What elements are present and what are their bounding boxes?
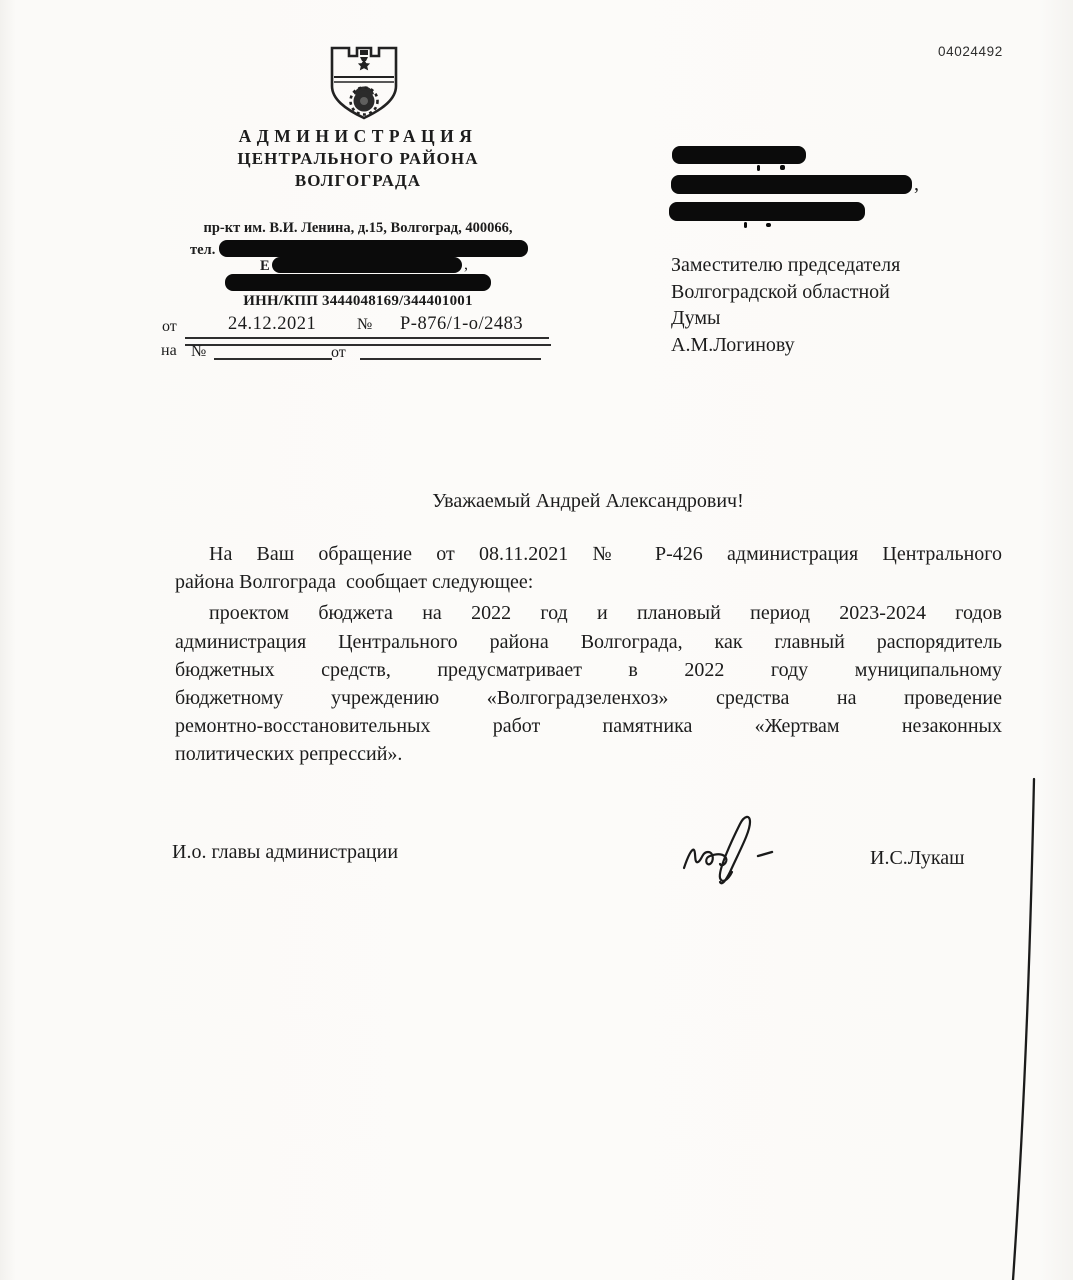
letter-body: На Ваш обращение от 08.11.2021 № Р-426 а…	[175, 540, 1002, 769]
reply-ref-no-symbol: №	[191, 343, 206, 361]
org-address: пр-кт им. В.И. Ленина, д.15, Волгоград, …	[168, 220, 548, 237]
reply-ref-underline-1	[214, 358, 332, 360]
redaction-descender-mark	[766, 223, 771, 227]
redacted-recipient-line-1	[672, 146, 806, 164]
reply-ref-underline-2	[360, 358, 541, 360]
email-label-prefix: Е	[260, 258, 270, 275]
body-line: На Ваш обращение от 08.11.2021 № Р-426 а…	[175, 540, 1002, 568]
body-line: бюджетных средств, предусматривает в 202…	[175, 656, 1002, 684]
redaction-descender-mark	[757, 165, 760, 171]
body-line: администрация Центрального района Волгог…	[175, 628, 1002, 656]
ref-from-label: от	[162, 318, 177, 336]
recipient-line: Думы	[671, 305, 981, 332]
redacted-email	[272, 257, 462, 273]
org-name-line3: ВОЛГОГРАДА	[178, 170, 538, 192]
document-barcode-number: 04024492	[938, 44, 1003, 59]
signer-position: И.о. главы администрации	[172, 841, 398, 864]
comma-after-redaction: ,	[914, 173, 919, 196]
letterhead-org-block: АДМИНИСТРАЦИЯ ЦЕНТРАЛЬНОГО РАЙОНА ВОЛГОГ…	[178, 125, 538, 192]
reply-ref-prefix: на	[161, 342, 177, 360]
body-line: бюджетному учреждению «Волгоградзеленхоз…	[175, 684, 1002, 712]
org-name-line2: ЦЕНТРАЛЬНОГО РАЙОНА	[178, 148, 538, 170]
ref-number: Р-876/1-о/2483	[400, 314, 523, 335]
recipient-line: Волгоградской областной	[671, 279, 981, 306]
redaction-descender-mark	[780, 165, 785, 170]
body-line: политических репрессий».	[175, 740, 1002, 768]
scan-artifact-line-right	[1013, 779, 1034, 1280]
redacted-recipient-line-2	[671, 175, 912, 194]
signer-name: И.С.Лукаш	[870, 847, 965, 870]
ref-date: 24.12.2021	[228, 314, 316, 335]
scanned-letter-page: 04024492 АДМИНИСТРАЦИЯ ЦЕНТРАЛЬНОГО РАЙО…	[0, 0, 1073, 1280]
body-line: района Волгограда сообщает следующее:	[175, 568, 1002, 596]
org-name-line1: АДМИНИСТРАЦИЯ	[178, 125, 538, 148]
redaction-descender-mark	[744, 222, 747, 228]
recipient-line: Заместителю председателя	[671, 252, 981, 279]
handwritten-signature-icon	[670, 806, 785, 894]
body-line: ремонтно-восстановительных работ памятни…	[175, 712, 1002, 740]
recipient-name: А.М.Логинову	[671, 332, 981, 359]
redacted-phone	[219, 240, 528, 257]
reply-ref-from-label: от	[331, 344, 346, 362]
volgograd-coat-of-arms-icon	[326, 40, 402, 122]
body-line: проектом бюджета на 2022 год и плановый …	[175, 599, 1002, 627]
ref-underline-2	[185, 344, 551, 346]
phone-label: тел.	[190, 242, 215, 259]
greeting: Уважаемый Андрей Александрович!	[175, 490, 1001, 513]
recipient-block: Заместителю председателя Волгоградской о…	[671, 252, 981, 358]
inn-kpp: ИНН/КПП 3444048169/344401001	[168, 293, 548, 310]
redacted-contact-line	[225, 274, 491, 291]
ref-no-symbol: №	[357, 316, 372, 334]
redacted-recipient-line-3	[669, 202, 865, 221]
ref-underline-1	[185, 337, 549, 339]
comma-after-email: ,	[464, 256, 468, 274]
